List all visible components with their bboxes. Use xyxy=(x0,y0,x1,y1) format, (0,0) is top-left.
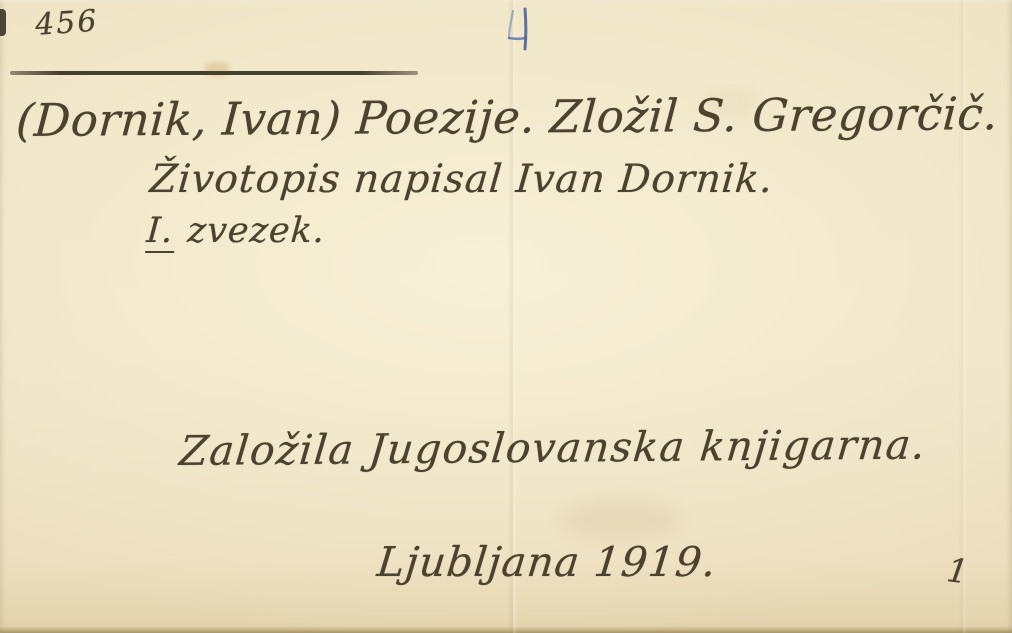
header-rule xyxy=(10,71,418,75)
catalog-card: 456 (Dornik, Ivan) Poezije. Zložil S. Gr… xyxy=(0,0,1012,633)
card-number: 456 xyxy=(34,4,100,43)
blue-ink-mark xyxy=(502,5,536,57)
page-number: 1 xyxy=(945,550,971,592)
volume-line: I. zvezek. xyxy=(145,211,326,251)
subtitle-line: Životopis napisal Ivan Dornik. xyxy=(148,157,775,202)
volume-numeral: I. xyxy=(145,211,177,253)
paper-stain xyxy=(560,500,680,540)
publisher-line: Založila Jugoslovanska knjigarna. xyxy=(177,420,928,475)
title-line: (Dornik, Ivan) Poezije. Zložil S. Gregor… xyxy=(15,87,1000,147)
place-date-line: Ljubljana 1919. xyxy=(375,538,719,586)
scan-edge-artifact xyxy=(0,9,6,36)
volume-word: zvezek. xyxy=(186,211,326,251)
